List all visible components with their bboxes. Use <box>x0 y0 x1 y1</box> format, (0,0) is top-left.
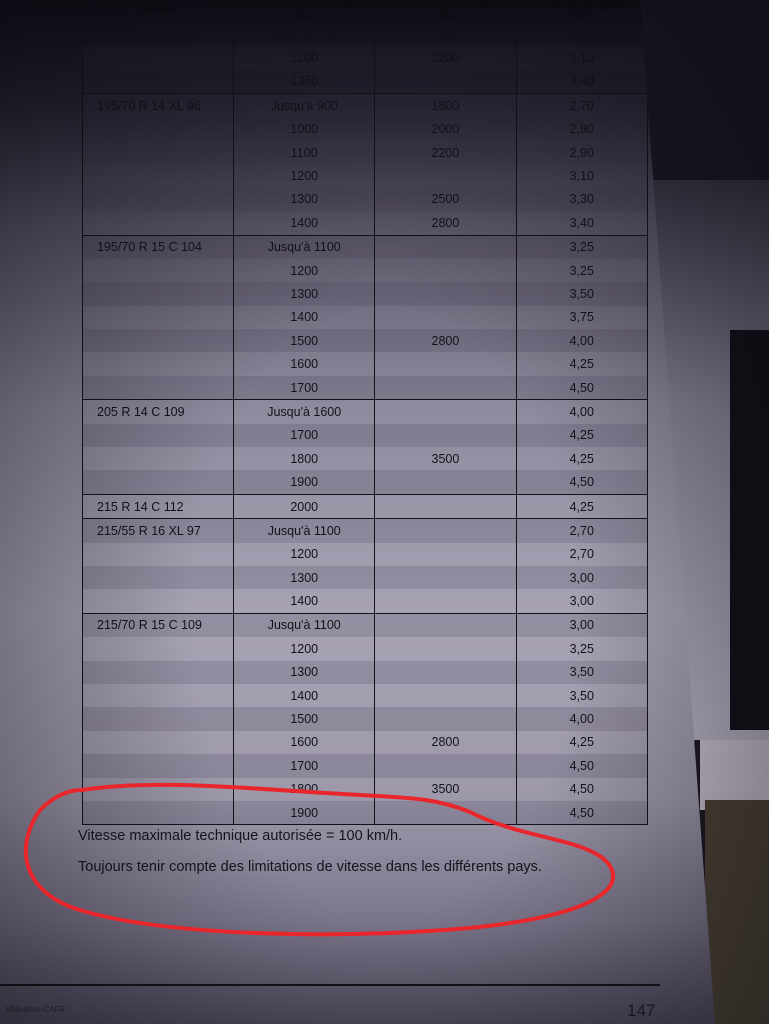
tyre-cell <box>83 637 234 660</box>
pressure-cell: 3,25 <box>516 235 647 259</box>
table-row: 195/70 R 14 XL 96Jusqu'à 110018002,90 <box>83 23 648 47</box>
double-axle-cell <box>375 637 516 660</box>
table-row: 14003,75 <box>83 306 648 329</box>
double-axle-cell <box>375 282 516 305</box>
double-axle-cell <box>375 707 516 730</box>
table-row: 13003,00 <box>83 566 648 589</box>
header-tyres: Pneus <box>83 0 234 23</box>
tyre-cell <box>83 707 234 730</box>
table-row: 15004,00 <box>83 707 648 730</box>
table-row: 13503,40 <box>83 70 648 94</box>
single-axle-cell: Jusqu'à 1100 <box>234 613 375 637</box>
tyre-cell <box>83 684 234 707</box>
table-row: 17004,50 <box>83 376 648 400</box>
table-row: 19004,50 <box>83 470 648 494</box>
table-row: 180035004,50 <box>83 778 648 801</box>
tyre-pressure-table: Pneus P.T.A.C. essieu simple (kg) P.T.A.… <box>82 0 648 825</box>
pressure-cell: 3,10 <box>516 164 647 187</box>
single-axle-cell: 1300 <box>234 661 375 684</box>
note-max-speed: Vitesse maximale technique autorisée = 1… <box>78 828 402 844</box>
tyre-cell <box>83 470 234 494</box>
table-row: 130025003,30 <box>83 188 648 211</box>
pressure-cell: 4,25 <box>516 352 647 375</box>
single-axle-cell: Jusqu'à 1100 <box>234 235 375 259</box>
double-axle-cell <box>375 754 516 777</box>
double-axle-cell: 2800 <box>375 329 516 352</box>
note-speed-limits: Toujours tenir compte des limitations de… <box>78 859 542 875</box>
pressure-cell: 4,25 <box>516 494 647 518</box>
tyre-cell: 215/70 R 15 C 109 <box>83 613 234 637</box>
pressure-cell: 3,75 <box>516 306 647 329</box>
single-axle-cell: 1400 <box>234 684 375 707</box>
single-axle-cell: 2000 <box>234 494 375 518</box>
document-page: Pneus P.T.A.C. essieu simple (kg) P.T.A.… <box>0 0 715 1024</box>
single-axle-cell: Jusqu'à 1600 <box>234 400 375 424</box>
pressure-cell: 4,50 <box>516 801 647 825</box>
table-row: 19004,50 <box>83 801 648 825</box>
footer-divider <box>0 984 660 986</box>
double-axle-cell: 2800 <box>375 211 516 235</box>
table-row: 12003,25 <box>83 259 648 282</box>
pressure-cell: 2,90 <box>516 118 647 141</box>
double-axle-cell: 3500 <box>375 778 516 801</box>
pressure-cell: 3,50 <box>516 684 647 707</box>
pressure-cell: 3,00 <box>516 589 647 613</box>
single-axle-cell: 1200 <box>234 46 375 69</box>
table-row: 215/70 R 15 C 109Jusqu'à 11003,00 <box>83 613 648 637</box>
table-row: 12003,10 <box>83 164 648 187</box>
tyre-cell <box>83 306 234 329</box>
tyre-cell: 195/70 R 14 XL 96 <box>83 94 234 118</box>
single-axle-cell: 1200 <box>234 164 375 187</box>
double-axle-cell <box>375 589 516 613</box>
tyre-cell <box>83 329 234 352</box>
pressure-cell: 4,25 <box>516 731 647 754</box>
double-axle-cell: 2800 <box>375 731 516 754</box>
pressure-cell: 4,00 <box>516 329 647 352</box>
single-axle-cell: 1000 <box>234 118 375 141</box>
table-row: 17004,50 <box>83 754 648 777</box>
header-pressure: Pression des pneus (bar) <box>516 0 647 23</box>
table-row: 195/70 R 14 XL 96Jusqu'à 90018002,70 <box>83 94 648 118</box>
double-axle-cell <box>375 470 516 494</box>
single-axle-cell: 1400 <box>234 306 375 329</box>
double-axle-cell <box>375 519 516 543</box>
double-axle-cell: 1800 <box>375 94 516 118</box>
double-axle-cell: 2500 <box>375 188 516 211</box>
pressure-cell: 2,90 <box>516 141 647 164</box>
tyre-cell <box>83 376 234 400</box>
double-axle-cell: 3500 <box>375 447 516 470</box>
single-axle-cell: 1500 <box>234 707 375 730</box>
single-axle-cell: 1400 <box>234 211 375 235</box>
table-row: 17004,25 <box>83 424 648 447</box>
pressure-cell: 3,50 <box>516 282 647 305</box>
table-row: 13003,50 <box>83 661 648 684</box>
tyre-cell: 215 R 14 C 112 <box>83 494 234 518</box>
single-axle-cell: 1900 <box>234 470 375 494</box>
pressure-cell: 4,00 <box>516 707 647 730</box>
double-axle-cell <box>375 684 516 707</box>
pressure-cell: 3,25 <box>516 637 647 660</box>
table-row: 120022003,10 <box>83 46 648 69</box>
double-axle-cell: 2200 <box>375 46 516 69</box>
single-axle-cell: 1200 <box>234 259 375 282</box>
single-axle-cell: 1200 <box>234 637 375 660</box>
table-row: 160028004,25 <box>83 731 648 754</box>
single-axle-cell: 1100 <box>234 141 375 164</box>
table-row: 14003,00 <box>83 589 648 613</box>
double-axle-cell <box>375 424 516 447</box>
double-axle-cell <box>375 70 516 94</box>
pressure-cell: 3,10 <box>516 46 647 69</box>
tyre-cell <box>83 70 234 94</box>
pressure-cell: 3,50 <box>516 661 647 684</box>
single-axle-cell: 1700 <box>234 376 375 400</box>
tyre-cell <box>83 801 234 825</box>
pressure-cell: 3,40 <box>516 211 647 235</box>
pressure-cell: 4,00 <box>516 400 647 424</box>
table-row: 205 R 14 C 109Jusqu'à 16004,00 <box>83 400 648 424</box>
tyre-cell <box>83 447 234 470</box>
double-axle-cell <box>375 376 516 400</box>
table-row: 13003,50 <box>83 282 648 305</box>
tyre-cell: 195/70 R 14 XL 96 <box>83 23 234 47</box>
double-axle-cell <box>375 164 516 187</box>
single-axle-cell: 1600 <box>234 731 375 754</box>
header-double-axle: P.T.A.C. essieu double (kg) <box>375 0 516 23</box>
pressure-cell: 2,90 <box>516 23 647 47</box>
tyre-cell <box>83 282 234 305</box>
pressure-cell: 4,50 <box>516 778 647 801</box>
tyre-cell: 205 R 14 C 109 <box>83 400 234 424</box>
single-axle-cell: Jusqu'à 1100 <box>234 519 375 543</box>
double-axle-cell: 1800 <box>375 23 516 47</box>
single-axle-cell: Jusqu'à 900 <box>234 94 375 118</box>
double-axle-cell: 2000 <box>375 118 516 141</box>
tyre-cell <box>83 754 234 777</box>
pressure-cell: 3,25 <box>516 259 647 282</box>
table-row: 12003,25 <box>83 637 648 660</box>
tyre-cell <box>83 188 234 211</box>
single-axle-cell: 1350 <box>234 70 375 94</box>
single-axle-cell: 1200 <box>234 543 375 566</box>
table-row: 140028003,40 <box>83 211 648 235</box>
single-axle-cell: 1400 <box>234 589 375 613</box>
pressure-cell: 4,50 <box>516 754 647 777</box>
pressure-cell: 3,40 <box>516 70 647 94</box>
double-axle-cell <box>375 543 516 566</box>
single-axle-cell: 1500 <box>234 329 375 352</box>
pressure-cell: 3,00 <box>516 566 647 589</box>
single-axle-cell: 1300 <box>234 188 375 211</box>
double-axle-cell <box>375 801 516 825</box>
tyre-cell <box>83 566 234 589</box>
single-axle-cell: Jusqu'à 1100 <box>234 23 375 47</box>
header-single-axle: P.T.A.C. essieu simple (kg) <box>234 0 375 23</box>
double-axle-cell <box>375 306 516 329</box>
single-axle-cell: 1700 <box>234 424 375 447</box>
tyre-cell <box>83 352 234 375</box>
single-axle-cell: 1900 <box>234 801 375 825</box>
table-row: 215/55 R 16 XL 97Jusqu'à 11002,70 <box>83 519 648 543</box>
double-axle-cell <box>375 235 516 259</box>
pressure-cell: 4,25 <box>516 447 647 470</box>
table-row: 14003,50 <box>83 684 648 707</box>
table-row: 16004,25 <box>83 352 648 375</box>
background-shadow <box>730 330 769 730</box>
tyre-cell: 215/55 R 16 XL 97 <box>83 519 234 543</box>
double-axle-cell <box>375 661 516 684</box>
pressure-cell: 3,30 <box>516 188 647 211</box>
footer-label: Utilisation-CAFR <box>6 1005 65 1014</box>
table-row: 180035004,25 <box>83 447 648 470</box>
table-row: 195/70 R 15 C 104Jusqu'à 11003,25 <box>83 235 648 259</box>
tyre-cell: 195/70 R 15 C 104 <box>83 235 234 259</box>
single-axle-cell: 1700 <box>234 754 375 777</box>
double-axle-cell: 2200 <box>375 141 516 164</box>
single-axle-cell: 1800 <box>234 778 375 801</box>
single-axle-cell: 1600 <box>234 352 375 375</box>
double-axle-cell <box>375 613 516 637</box>
pressure-cell: 4,50 <box>516 470 647 494</box>
double-axle-cell <box>375 400 516 424</box>
pressure-cell: 2,70 <box>516 519 647 543</box>
table-row: 150028004,00 <box>83 329 648 352</box>
page-number: 147 <box>627 1001 655 1021</box>
tyre-cell <box>83 141 234 164</box>
single-axle-cell: 1800 <box>234 447 375 470</box>
table-row: 100020002,90 <box>83 118 648 141</box>
double-axle-cell <box>375 259 516 282</box>
tyre-cell <box>83 118 234 141</box>
double-axle-cell <box>375 352 516 375</box>
tyre-cell <box>83 46 234 69</box>
table-header-row: Pneus P.T.A.C. essieu simple (kg) P.T.A.… <box>83 0 648 23</box>
tyre-cell <box>83 424 234 447</box>
tyre-cell <box>83 731 234 754</box>
double-axle-cell <box>375 494 516 518</box>
tyre-cell <box>83 211 234 235</box>
tyre-cell <box>83 589 234 613</box>
pressure-cell: 2,70 <box>516 94 647 118</box>
tyre-cell <box>83 778 234 801</box>
table-row: 110022002,90 <box>83 141 648 164</box>
table-row: 12002,70 <box>83 543 648 566</box>
background-floor <box>705 800 769 1024</box>
single-axle-cell: 1300 <box>234 282 375 305</box>
tyre-cell <box>83 164 234 187</box>
table-body: 195/70 R 14 XL 96Jusqu'à 110018002,90120… <box>83 23 648 825</box>
pressure-cell: 4,50 <box>516 376 647 400</box>
tyre-cell <box>83 543 234 566</box>
single-axle-cell: 1300 <box>234 566 375 589</box>
pressure-cell: 2,70 <box>516 543 647 566</box>
pressure-cell: 3,00 <box>516 613 647 637</box>
tyre-cell <box>83 661 234 684</box>
pressure-cell: 4,25 <box>516 424 647 447</box>
tyre-cell <box>83 259 234 282</box>
table-row: 215 R 14 C 11220004,25 <box>83 494 648 518</box>
double-axle-cell <box>375 566 516 589</box>
